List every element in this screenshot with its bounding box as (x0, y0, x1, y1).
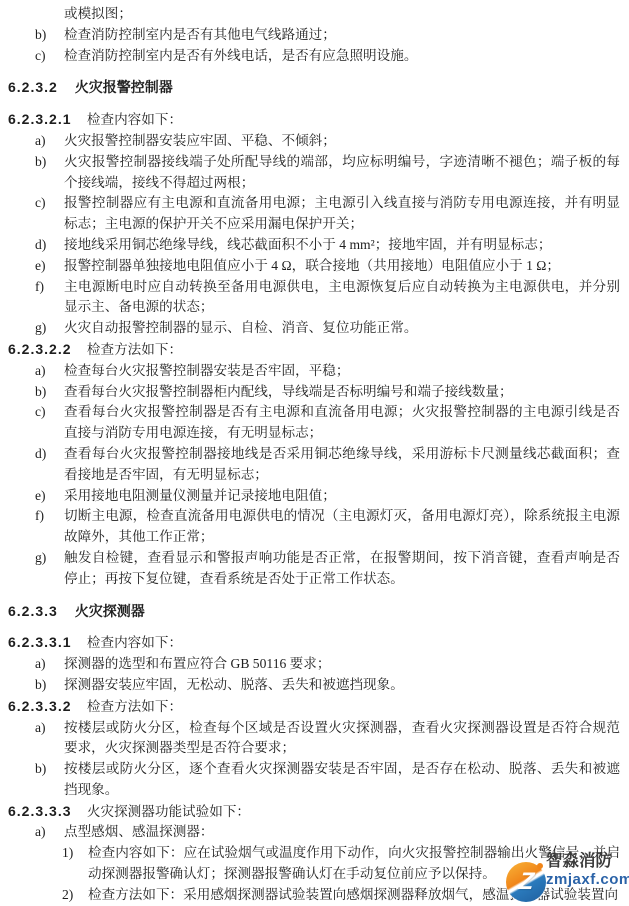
list-item-marker: g) (35, 548, 46, 569)
logo-dot-icon (537, 863, 543, 869)
subclause-title: 检查方法如下： (87, 699, 182, 714)
list-item: g) 触发自检键，查看显示和警报声响功能是否正常，在报警期间，按下消音键，查看声… (0, 548, 620, 590)
list-item-text: 检查消防控制室内是否有其他电气线路通过； (64, 27, 336, 42)
paragraph-continuation: 或模拟图； (0, 4, 620, 25)
list-item: a) 按楼层或防火分区，检查每个区域是否设置火灾探测器，查看火灾探测器设置是否符… (0, 718, 620, 760)
list-item-text: 点型感烟、感温探测器： (64, 824, 214, 839)
clause-title: 火灾报警控制器 (75, 79, 173, 95)
subclause-title: 检查内容如下： (87, 112, 182, 127)
list-item-text: 查看每台火灾报警控制器接地线是否采用铜芯绝缘导线，采用游标卡尺测量线芯截面积；查… (64, 446, 620, 482)
list-item-marker: c) (35, 193, 46, 214)
list-item: b) 检查消防控制室内是否有其他电气线路通过； (0, 25, 620, 46)
list-item: e) 采用接地电阻测量仪测量并记录接地电阻值； (0, 486, 620, 507)
document-page: 或模拟图； b) 检查消防控制室内是否有其他电气线路通过； c) 检查消防控制室… (0, 4, 629, 906)
subclause-number: 6.2.3.2.1 (8, 111, 72, 127)
subclause-title: 检查方法如下： (87, 342, 182, 357)
list-item: b) 探测器安装应牢固，无松动、脱落、丢失和被遮挡现象。 (0, 675, 620, 696)
list-item-marker: f) (35, 506, 44, 527)
list-item: a) 火灾报警控制器安装应牢固、平稳、不倾斜； (0, 131, 620, 152)
list-item-text: 触发自检键，查看显示和警报声响功能是否正常，在报警期间，按下消音键，查看声响是否… (64, 550, 620, 586)
list-item-text: 切断主电源，检查直流备用电源供电的情况（主电源灯灭，备用电源灯亮），除系统报主电… (64, 508, 620, 544)
list-item: a) 探测器的选型和布置应符合 GB 50116 要求； (0, 654, 620, 675)
list-item-text: 探测器安装应牢固，无松动、脱落、丢失和被遮挡现象。 (64, 677, 404, 692)
list-item-marker: g) (35, 318, 46, 339)
clause-number: 6.2.3.3 (8, 603, 58, 619)
list-item-text: 火灾自动报警控制器的显示、自检、消音、复位功能正常。 (64, 320, 417, 335)
list-item-marker: b) (35, 382, 46, 403)
clause-heading: 6.2.3.3 火灾探测器 (0, 601, 629, 622)
list-item-text: 主电源断电时应自动转换至备用电源供电，主电源恢复后应自动转换为主电源供电，并分别… (64, 279, 620, 315)
logo-letter: Z (517, 870, 534, 894)
list-item-marker: a) (35, 131, 46, 152)
list-item: b) 按楼层或防火分区，逐个查看火灾探测器安装是否牢固，是否存在松动、脱落、丢失… (0, 759, 620, 801)
list-item: e) 报警控制器单独接地电阻值应小于 4 Ω，联合接地（共用接地）电阻值应小于 … (0, 256, 620, 277)
subclause-heading: 6.2.3.2.2 检查方法如下： (0, 339, 629, 361)
list-item-marker: b) (35, 25, 46, 46)
list-item-text: 采用接地电阻测量仪测量并记录接地电阻值； (64, 488, 336, 503)
list-item-text: 火灾报警控制器接线端子处所配导线的端部，均应标明编号，字迹清晰不褪色；端子板的每… (64, 154, 620, 190)
list-item: b) 火灾报警控制器接线端子处所配导线的端部，均应标明编号，字迹清晰不褪色；端子… (0, 152, 620, 194)
list-item: a) 检查每台火灾报警控制器安装是否牢固，平稳； (0, 361, 620, 382)
list-item-marker: c) (35, 402, 46, 423)
subclause-title: 火灾探测器功能试验如下： (87, 804, 250, 819)
list-item-text: 探测器的选型和布置应符合 GB 50116 要求； (64, 656, 330, 671)
list-item-marker: b) (35, 759, 46, 780)
list-item-marker: a) (35, 654, 46, 675)
watermark: Z 智淼消防 zmjaxf.com (504, 852, 629, 906)
subitem-marker: 2) (62, 885, 73, 906)
list-item-text: 检查消防控制室内是否有外线电话，是否有应急照明设施。 (64, 48, 417, 63)
list-item-text: 检查每台火灾报警控制器安装是否牢固，平稳； (64, 363, 349, 378)
subclause-heading: 6.2.3.3.1 检查内容如下： (0, 632, 629, 654)
subclause-heading: 6.2.3.2.1 检查内容如下： (0, 109, 629, 131)
subclause-number: 6.2.3.3.2 (8, 698, 72, 714)
list-item-marker: c) (35, 46, 46, 67)
list-item: c) 查看每台火灾报警控制器是否有主电源和直流备用电源；火灾报警控制器的主电源引… (0, 402, 620, 444)
list-item-marker: b) (35, 152, 46, 173)
list-item: f) 切断主电源，检查直流备用电源供电的情况（主电源灯灭，备用电源灯亮），除系统… (0, 506, 620, 548)
subclause-heading: 6.2.3.3.3 火灾探测器功能试验如下： (0, 801, 629, 823)
subclause-number: 6.2.3.3.1 (8, 634, 72, 650)
list-item-text: 查看每台火灾报警控制器柜内配线，导线端是否标明编号和端子接线数量； (64, 384, 513, 399)
list-item-marker: f) (35, 277, 44, 298)
list-item-marker: a) (35, 822, 46, 843)
clause-heading: 6.2.3.2 火灾报警控制器 (0, 77, 629, 98)
list-item-marker: a) (35, 361, 46, 382)
list-item: c) 报警控制器应有主电源和直流备用电源；主电源引入线直接与消防专用电源连接，并… (0, 193, 620, 235)
subclause-number: 6.2.3.3.3 (8, 803, 72, 819)
list-item-marker: e) (35, 486, 46, 507)
list-item: b) 查看每台火灾报警控制器柜内配线，导线端是否标明编号和端子接线数量； (0, 382, 620, 403)
list-item: f) 主电源断电时应自动转换至备用电源供电，主电源恢复后应自动转换为主电源供电，… (0, 277, 620, 319)
list-item: d) 查看每台火灾报警控制器接地线是否采用铜芯绝缘导线，采用游标卡尺测量线芯截面… (0, 444, 620, 486)
list-item-marker: b) (35, 675, 46, 696)
subitem-marker: 1) (62, 843, 73, 864)
watermark-brand-text: 智淼消防 (546, 852, 629, 871)
zhimiao-logo-icon: Z (506, 862, 546, 902)
list-item: a) 点型感烟、感温探测器： (0, 822, 620, 843)
list-item-text: 按楼层或防火分区，逐个查看火灾探测器安装是否牢固，是否存在松动、脱落、丢失和被遮… (64, 761, 620, 797)
list-item-marker: d) (35, 235, 46, 256)
clause-number: 6.2.3.2 (8, 79, 58, 95)
list-item: d) 接地线采用铜芯绝缘导线，线芯截面积不小于 4 mm²；接地牢固，并有明显标… (0, 235, 620, 256)
list-item-marker: d) (35, 444, 46, 465)
list-item-marker: a) (35, 718, 46, 739)
subclause-number: 6.2.3.2.2 (8, 341, 72, 357)
subclause-heading: 6.2.3.3.2 检查方法如下： (0, 696, 629, 718)
list-item-text: 报警控制器单独接地电阻值应小于 4 Ω，联合接地（共用接地）电阻值应小于 1 Ω… (64, 258, 560, 273)
list-item-text: 按楼层或防火分区，检查每个区域是否设置火灾探测器，查看火灾探测器设置是否符合规范… (64, 720, 620, 756)
list-item-text: 报警控制器应有主电源和直流备用电源；主电源引入线直接与消防专用电源连接，并有明显… (64, 195, 620, 231)
list-item-text: 接地线采用铜芯绝缘导线，线芯截面积不小于 4 mm²；接地牢固，并有明显标志； (64, 237, 551, 252)
list-item: c) 检查消防控制室内是否有外线电话，是否有应急照明设施。 (0, 46, 620, 67)
subclause-title: 检查内容如下： (87, 635, 182, 650)
watermark-domain-text: zmjaxf.com (546, 871, 629, 888)
clause-title: 火灾探测器 (75, 603, 145, 619)
list-item: g) 火灾自动报警控制器的显示、自检、消音、复位功能正常。 (0, 318, 620, 339)
list-item-text: 查看每台火灾报警控制器是否有主电源和直流备用电源；火灾报警控制器的主电源引线是否… (64, 404, 620, 440)
list-item-marker: e) (35, 256, 46, 277)
list-item-text: 火灾报警控制器安装应牢固、平稳、不倾斜； (64, 133, 336, 148)
